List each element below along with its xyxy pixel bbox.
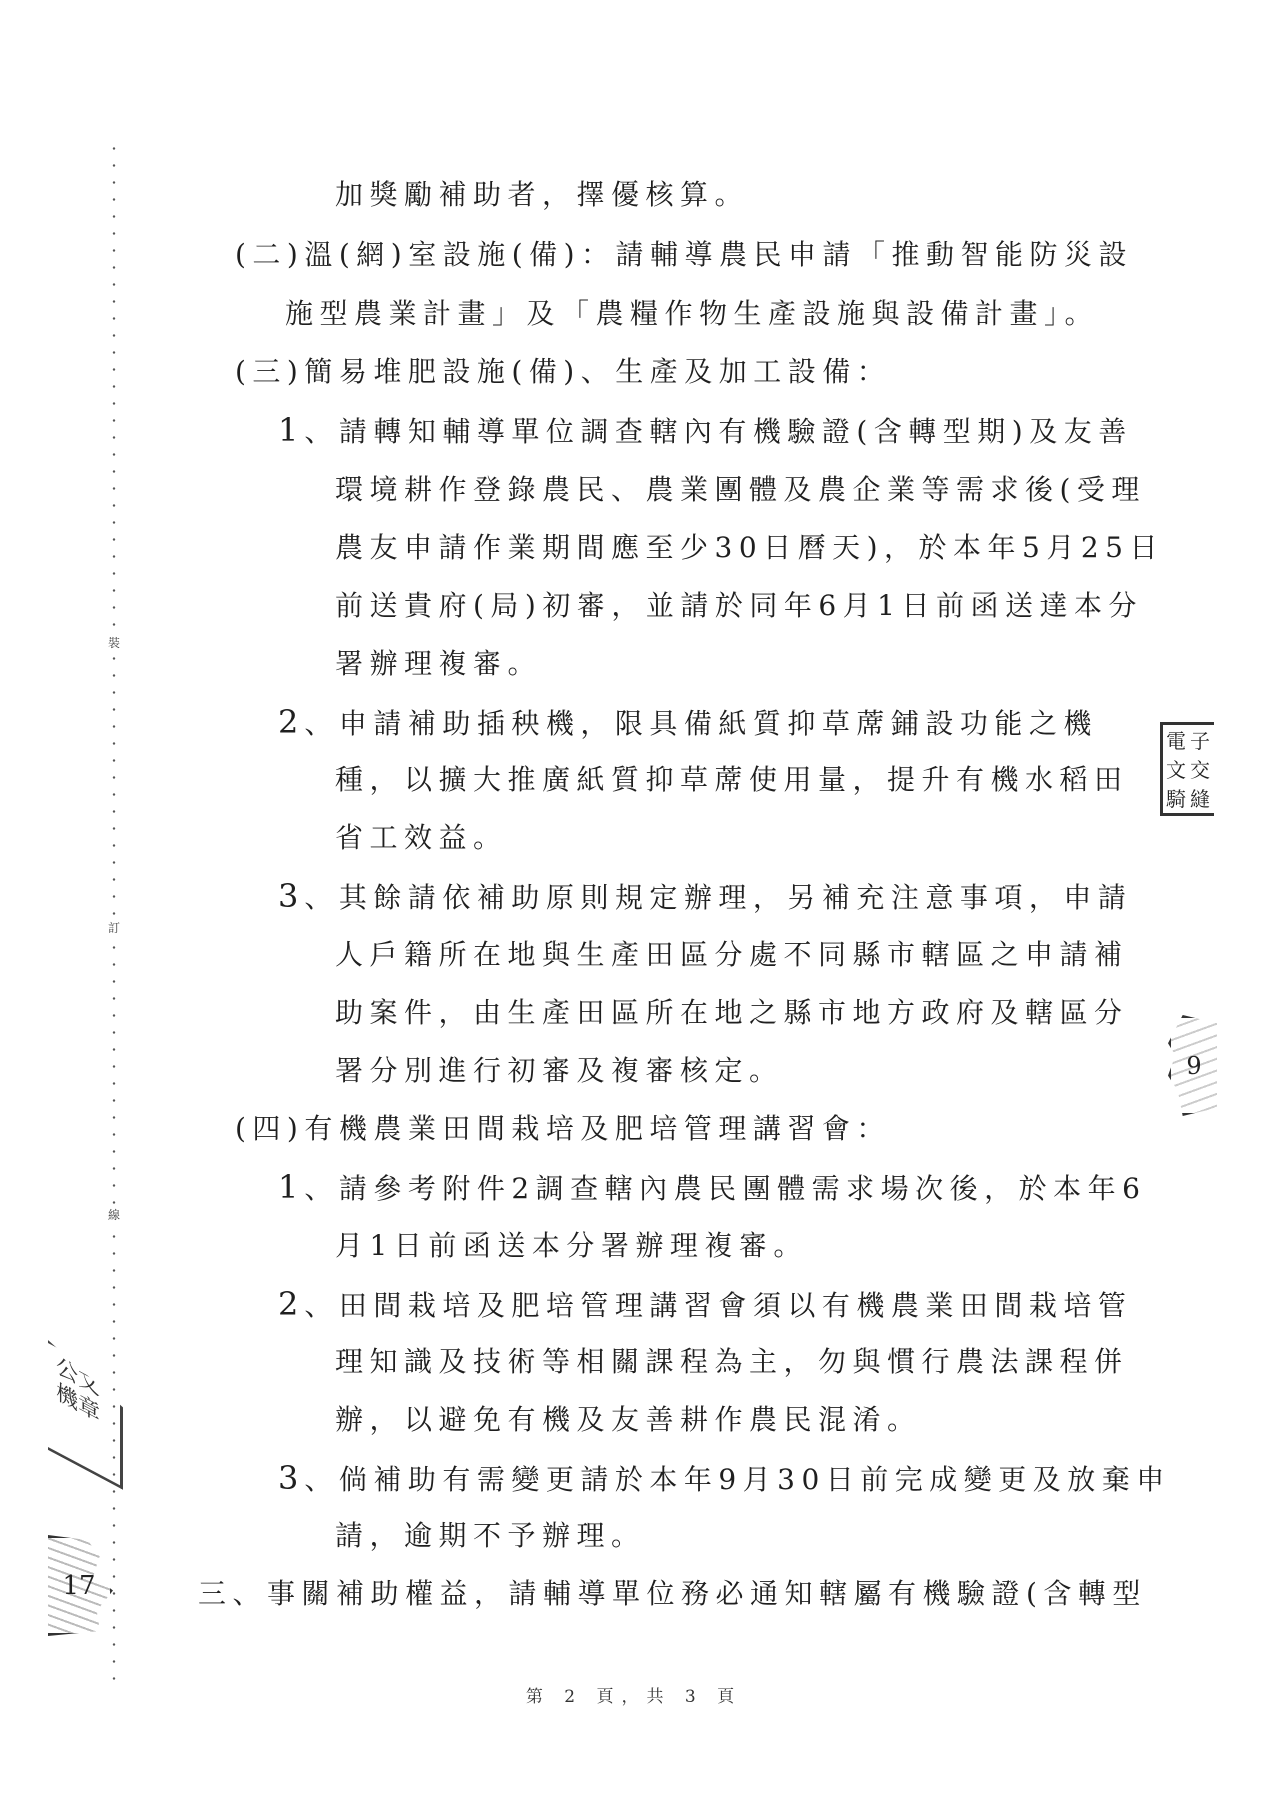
page-seam-seal-icon: 9 xyxy=(1168,1015,1217,1116)
stamp-char: 電 xyxy=(1166,727,1190,756)
section-heading-3: (三)簡易堆肥設施(備)、生產及加工設備： xyxy=(235,352,891,392)
binding-label-zhuang: 裝 xyxy=(105,634,123,652)
body-line: 理知識及技術等相關課程為主，勿與慣行農法課程併 xyxy=(335,1342,1129,1382)
list-item-4-2: 2、田間栽培及肥培管理講習會須以有機農業田間栽培管 xyxy=(278,1284,1132,1326)
section-heading-4: (四)有機農業田間栽培及肥培管理講習會： xyxy=(235,1109,891,1149)
stamp-char: 子 xyxy=(1190,727,1214,756)
item-number: 3 xyxy=(278,1459,298,1497)
body-line: 加獎勵補助者，擇優核算。 xyxy=(335,175,749,215)
binding-label-ding: 訂 xyxy=(105,919,123,937)
stamp-char: 縫 xyxy=(1190,785,1214,814)
body-line: 助案件，由生產田區所在地之縣市地方政府及轄區分 xyxy=(335,993,1129,1033)
item-number: 3 xyxy=(278,877,298,915)
body-line: 種，以擴大推廣紙質抑草蓆使用量，提升有機水稻田 xyxy=(335,760,1129,800)
stamp-char: 交 xyxy=(1190,756,1214,785)
body-line: 前送貴府(局)初審，並請於同年6月1日前函送達本分 xyxy=(335,586,1143,626)
body-line: 月1日前函送本分署辦理複審。 xyxy=(335,1226,808,1266)
list-item-4-1: 1、請參考附件2調查轄內農民團體需求場次後，於本年6 xyxy=(278,1167,1147,1209)
item-text: 、申請補助插秧機，限具備紙質抑草蓆鋪設功能之機 xyxy=(304,707,1098,740)
list-item-3-2: 2、申請補助插秧機，限具備紙質抑草蓆鋪設功能之機 xyxy=(278,702,1098,744)
section-heading-2: (二)溫(網)室設施(備)：請輔導農民申請「推動智能防災設 xyxy=(235,235,1133,275)
item-text: 、倘補助有需變更請於本年9月30日前完成變更及放棄申 xyxy=(304,1463,1170,1496)
top-level-heading-3: 三、事關補助權益，請輔導單位務必通知轄屬有機驗證(含轉型 xyxy=(198,1574,1147,1614)
body-line: 農友申請作業期間應至少30日曆天)，於本年5月25日 xyxy=(335,528,1164,568)
list-item-3-3: 3、其餘請依補助原則規定辦理，另補充注意事項，申請 xyxy=(278,876,1132,918)
document-page: 裝 訂 線 加獎勵補助者，擇優核算。 (二)溫(網)室設施(備)：請輔導農民申請… xyxy=(0,0,1268,1793)
body-line: 人戶籍所在地與生產田區分處不同縣市轄區之申請補 xyxy=(335,935,1129,975)
item-number: 2 xyxy=(278,703,298,741)
stamp-char: 文 xyxy=(1166,756,1190,785)
body-line: 請，逾期不予辦理。 xyxy=(335,1516,646,1556)
item-text: 、其餘請依補助原則規定辦理，另補充注意事項，申請 xyxy=(304,881,1132,914)
body-line: 施型農業計畫」及「農糧作物生產設施與設備計畫」。 xyxy=(285,294,1099,334)
body-line: 省工效益。 xyxy=(335,818,508,858)
item-text: 、請參考附件2調查轄內農民團體需求場次後，於本年6 xyxy=(304,1172,1146,1205)
item-number: 1 xyxy=(278,1168,298,1206)
page-seam-seal-icon: 17 xyxy=(48,1535,113,1636)
body-line: 署分別進行初審及複審核定。 xyxy=(335,1051,784,1091)
electronic-document-seam-stamp: 電 文 騎 子 交 縫 xyxy=(1160,722,1214,816)
body-line: 辦，以避免有機及友善耕作農民混淆。 xyxy=(335,1400,922,1440)
item-number: 1 xyxy=(278,411,298,449)
seal-number: 17 xyxy=(62,1571,95,1601)
list-item-3-1: 1、請轉知輔導單位調查轄內有機驗證(含轉型期)及友善 xyxy=(278,410,1133,452)
page-indicator: 第 2 頁，共 3 頁 xyxy=(0,1682,1268,1707)
item-text: 、田間栽培及肥培管理講習會須以有機農業田間栽培管 xyxy=(304,1289,1132,1322)
list-item-4-3: 3、倘補助有需變更請於本年9月30日前完成變更及放棄申 xyxy=(278,1458,1171,1500)
body-line: 環境耕作登錄農民、農業團體及農企業等需求後(受理 xyxy=(335,470,1146,510)
binding-label-xian: 線 xyxy=(105,1206,123,1224)
item-number: 2 xyxy=(278,1285,298,1323)
stamp-char: 騎 xyxy=(1166,785,1190,814)
seal-number: 9 xyxy=(1186,1052,1201,1080)
body-line: 署辦理複審。 xyxy=(335,644,542,684)
item-text: 、請轉知輔導單位調查轄內有機驗證(含轉型期)及友善 xyxy=(304,415,1132,448)
